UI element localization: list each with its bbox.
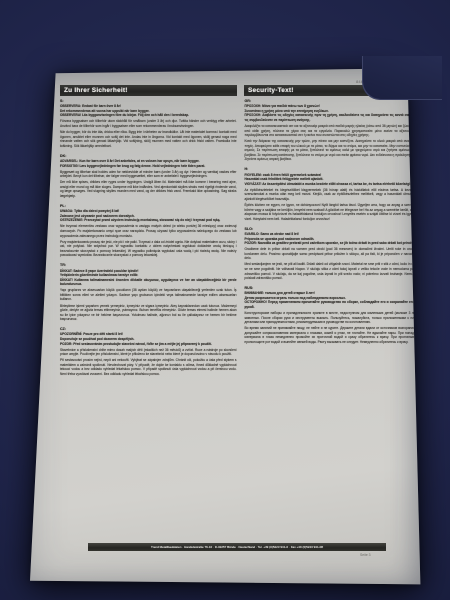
- body-paragraph: Κατά την διάρκεια της κατασκευής μην τρώ…: [245, 139, 422, 162]
- body-paragraph: När du bygger, bör du inte äta, dricka e…: [60, 130, 237, 148]
- photo-background: 8467 Zu Ihrer Sicherheit! Security-Text!…: [0, 0, 450, 600]
- body-paragraph: Birleştirme işlemi yaparken yemek yemeyi…: [60, 304, 237, 322]
- language-section-gr: GR:ΠΡΟΣΟΧΗ: Μόνο για παιδιά πάνω των 8 χ…: [245, 99, 422, 162]
- body-paragraph: Yapı gruplarını ve aksesuarları küçük ço…: [60, 288, 237, 302]
- body-paragraph: Во время занятий не принимайте пищу, не …: [245, 326, 422, 344]
- body-paragraph: Nie trzymać elementów zestawu oraz wypos…: [60, 224, 237, 238]
- language-section-tr: TR:DİKKAT: Sadece 8 yaşın üzerindeki çoc…: [60, 263, 237, 321]
- warning-line: DİKKAT! Kullanma talimatnamesini önceden…: [60, 278, 237, 287]
- body-paragraph: Az építőkészleteket és kiegészítőiket ki…: [245, 188, 422, 202]
- warning-line: ΠΡΟΣΟΧΗ: Διαβάστε τις οδηγίες κατασκευής…: [245, 113, 422, 122]
- column-right: GR:ΠΡΟΣΟΧΗ: Μόνο για παιδιά πάνω των 8 χ…: [245, 99, 422, 382]
- warning-line: VIGYÁZAT! Az összeépítési útmutatót a mu…: [245, 182, 422, 187]
- body-paragraph: Förvara byggsatser och tillbehör utom rä…: [60, 119, 237, 128]
- warning-line: OBSERVERA! Läs bygganvisningen före du b…: [60, 113, 237, 118]
- language-section-cz: CZ:UPOZORNĚNÍ: Pouze pro děti starší 8 l…: [60, 327, 237, 376]
- body-paragraph: Med sestavljanjem ne jesti, ne piti ali …: [245, 262, 422, 280]
- body-paragraph: Przy majsterkowaniu proszę nie jeść, nie…: [60, 240, 237, 258]
- paper-shadow: 8467 Zu Ihrer Sicherheit! Security-Text!…: [26, 66, 426, 588]
- language-code: H:: [245, 167, 422, 171]
- body-paragraph: Byggesæt og tilbehør skal holdes uden fo…: [60, 170, 237, 179]
- language-code: TR:: [60, 263, 237, 267]
- language-code: PL:: [60, 204, 237, 208]
- warning-line: ОСТОРОЖНО! Перед применением прочитайте …: [245, 300, 422, 309]
- body-paragraph: Stavebnice a příslušenství držte mimo do…: [60, 348, 237, 357]
- language-code: S:: [60, 99, 237, 103]
- language-code: DK:: [60, 154, 237, 158]
- body-paragraph: Конструкторские наборы и принадлежности …: [245, 311, 422, 325]
- body-paragraph: Při sestavování prosím nejíst, nepít ani…: [60, 358, 237, 376]
- column-left: S:OBSERVERA: Endast för barn över 8 år!D…: [60, 99, 237, 382]
- warning-line: FORSIGTIG! Læs byggevejledningen før bru…: [60, 164, 237, 169]
- warning-line: POZOR: Před sestavováním prostudujte sta…: [60, 342, 237, 347]
- language-section-rus: RUS:ВНИМАНИЕ: только для детей старше 8 …: [245, 286, 422, 344]
- footer-imprint-bar: Trend Metallbaukästen · Handelsstraße 76…: [88, 543, 386, 551]
- body-paragraph: Építés közben ne egyen, ne igyon, ne doh…: [245, 203, 422, 221]
- page-label: Seite 3: [360, 553, 371, 557]
- language-section-s: S:OBSERVERA: Endast för barn över 8 år!D…: [60, 99, 237, 148]
- language-code: RUS:: [245, 286, 422, 290]
- warning-line: OSTRZEŻENIE: Przeczytać przed użyciem in…: [60, 218, 237, 223]
- body-paragraph: Gradbene dele in pribor držati na varnem…: [245, 247, 422, 261]
- warning-line: POZOR: Navodila za graditev prebrati pre…: [245, 241, 422, 246]
- language-code: CZ:: [60, 327, 237, 331]
- overlapping-object-corner: [362, 56, 442, 100]
- safety-sheet: 8467 Zu Ihrer Sicherheit! Security-Text!…: [26, 66, 426, 588]
- language-section-h: H:FIGYELEM: csak 8 éven felüli gyermekek…: [245, 167, 422, 221]
- language-section-slo: SLO:SVARILO: Samo za otroke nad 8 let!Pr…: [245, 227, 422, 281]
- body-paragraph: Διαφυλάξτε τα κατασκευαστικά σετ και τα …: [245, 124, 422, 138]
- header-left-sicherheit: Zu Ihrer Sicherheit!: [60, 85, 237, 96]
- language-code: SLO:: [245, 227, 422, 231]
- language-section-dk: DK:ADVARSEL: Kun for børn over 8 år! Det…: [60, 154, 237, 199]
- text-columns: S:OBSERVERA: Endast för barn över 8 år!D…: [60, 99, 421, 382]
- language-section-pl: PL:UWAGA: Tylko dla dzieci powyżej 8 lat…: [60, 204, 237, 258]
- body-paragraph: Der må ikke spises, drikkes eller ryges …: [60, 180, 237, 198]
